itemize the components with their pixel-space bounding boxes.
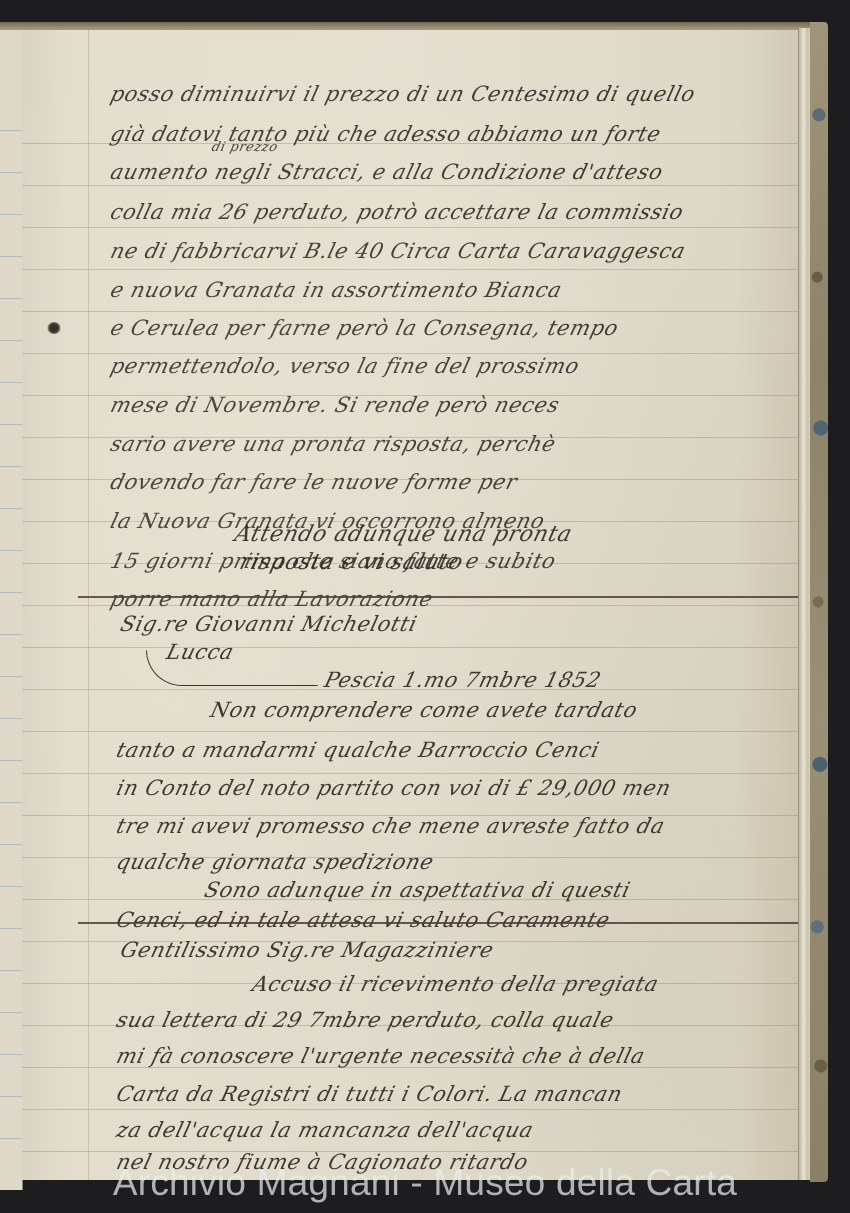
closing-line: Sono adunque in aspettativa di questi (202, 878, 633, 902)
closing-line: Cenci, ed in tale attesa vi saluto Caram… (114, 908, 613, 932)
handwritten-line: sua lettera di 29 7mbre perduto, colla q… (114, 1008, 617, 1032)
marbled-cover-edge (810, 22, 828, 1182)
handwritten-line: qualche giornata spedizione (114, 850, 436, 874)
handwritten-line: Non comprendere come avete tardato (208, 698, 640, 722)
closing-line: Attendo adunque una pronta (232, 522, 575, 547)
closing-line: risposta e vi saluto (237, 550, 466, 575)
handwritten-line: Carta da Registri di tutti i Colori. La … (114, 1082, 625, 1106)
flourish-mark (146, 650, 318, 686)
addressee: Sig.re Giovanni Michelotti (118, 612, 420, 636)
letter-divider (78, 922, 798, 924)
letter-divider (78, 596, 798, 598)
handwritten-line: za dell'acqua la mancanza dell'acqua (114, 1118, 536, 1142)
archive-watermark: Archivio Magnani - Museo della Carta (0, 1158, 850, 1208)
handwritten-line: mi fà conoscere l'urgente necessità che … (114, 1044, 648, 1068)
handwritten-line: in Conto del noto partito con voi di £ 2… (114, 776, 674, 800)
dateline: Pescia 1.mo 7mbre 1852 (322, 668, 604, 692)
salutation: Gentilissimo Sig.re Magazziniere (118, 938, 496, 962)
handwritten-line: Accuso il ricevimento della pregiata (250, 972, 661, 996)
handwritten-line: tre mi avevi promesso che mene avreste f… (114, 814, 667, 838)
handwritten-line: tanto a mandarmi qualche Barroccio Cenci (114, 738, 602, 762)
page-content-layer: Attendo adunque una pronta risposta e vi… (22, 30, 798, 1180)
